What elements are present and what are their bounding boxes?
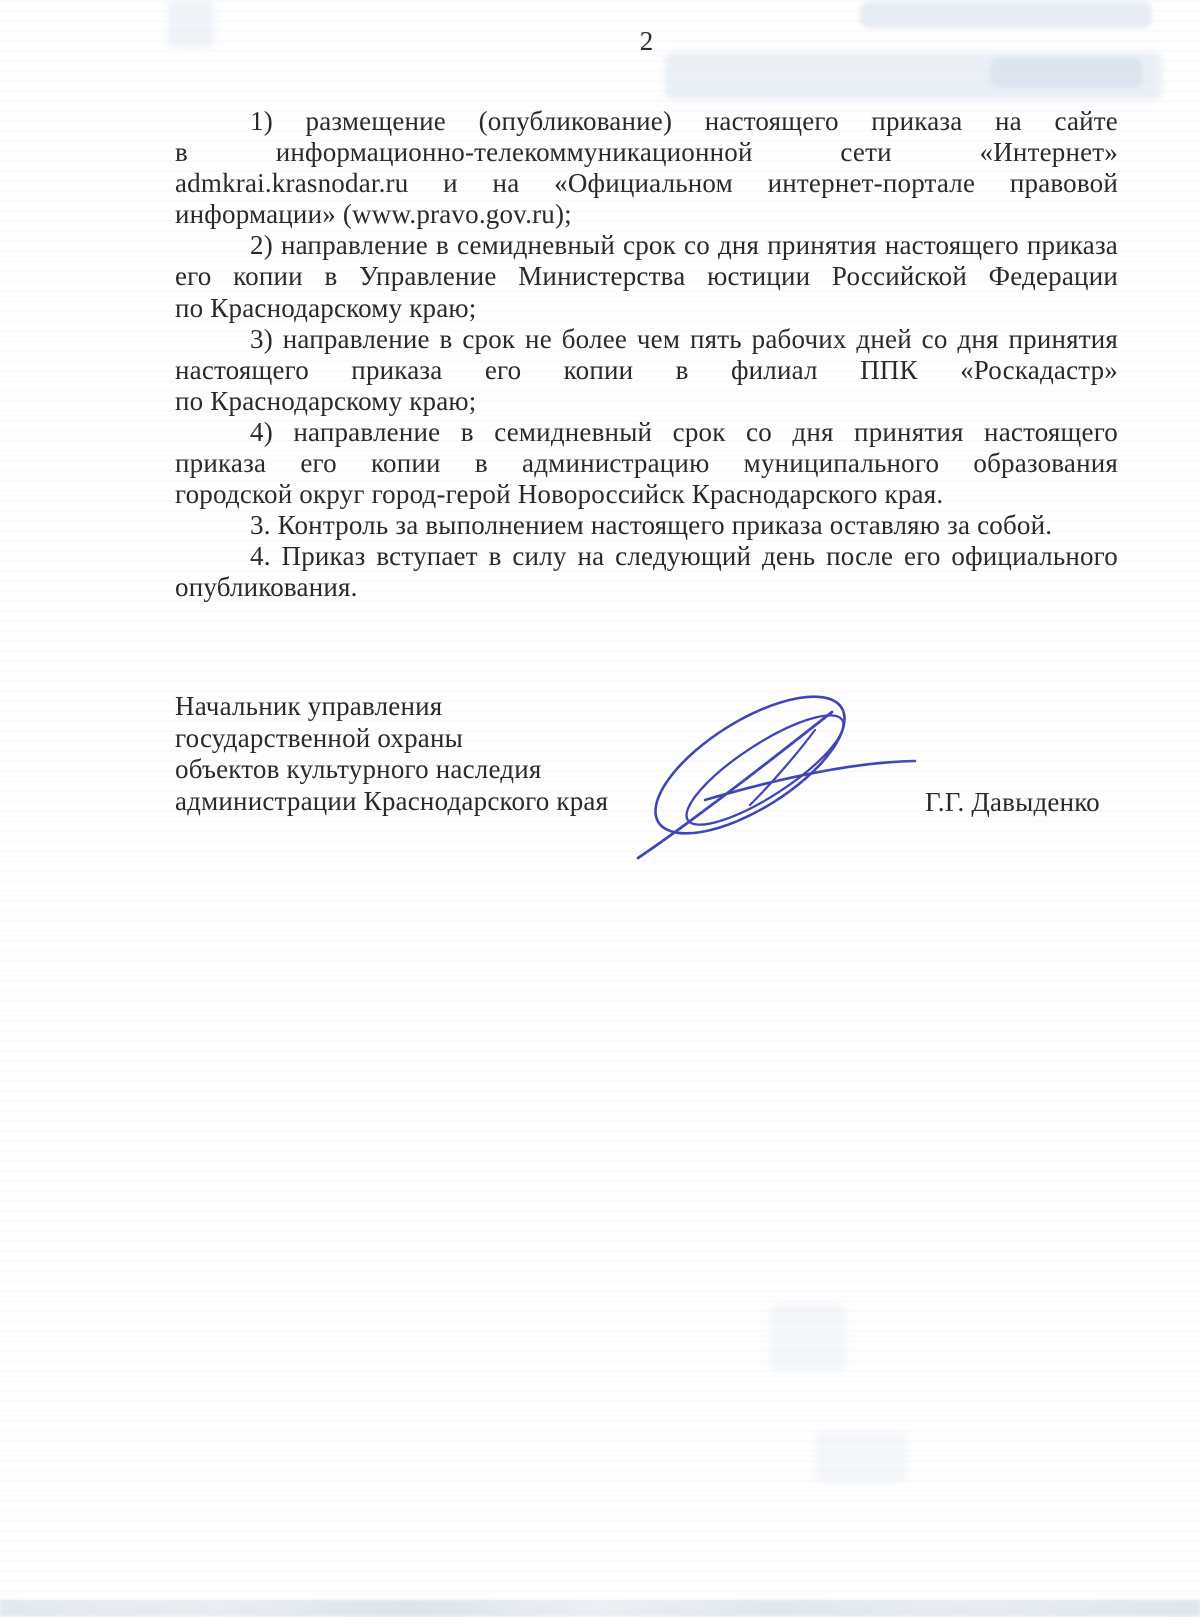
signatory-title-line: Начальник управления	[175, 691, 608, 723]
document-line: приказа его копии в администрацию муници…	[175, 448, 1118, 479]
document-line: admkrai.krasnodar.ru и на «Официальном и…	[175, 168, 1118, 199]
document-line: информации» (www.pravo.gov.ru);	[175, 199, 1118, 230]
document-line: по Краснодарскому краю;	[175, 386, 1118, 417]
scan-artifact	[990, 58, 1142, 88]
signatory-title-line: администрации Краснодарского края	[175, 786, 608, 818]
scan-artifact	[815, 1432, 907, 1482]
document-line: опубликования.	[175, 572, 1118, 603]
scan-artifact	[770, 1305, 846, 1371]
document-line: в информационно-телекоммуникационной сет…	[175, 137, 1118, 168]
document-line: 3) направление в срок не более чем пять …	[175, 324, 1118, 355]
scan-artifact	[0, 1600, 1200, 1617]
document-page: 2 1) размещение (опубликование) настояще…	[0, 0, 1200, 1617]
document-line: 2) направление в семидневный срок со дня…	[175, 230, 1118, 261]
signatory-title-block: Начальник управления государственной охр…	[175, 691, 608, 818]
document-line: городской округ город-герой Новороссийск…	[175, 479, 1118, 510]
handwritten-signature-icon	[600, 675, 940, 885]
order-text-block: 1) размещение (опубликование) настоящего…	[175, 106, 1118, 604]
document-line: 3. Контроль за выполнением настоящего пр…	[175, 510, 1118, 541]
signatory-title-line: объектов культурного наследия	[175, 754, 608, 786]
document-line: настоящего приказа его копии в филиал ПП…	[175, 355, 1118, 386]
document-line: 1) размещение (опубликование) настоящего…	[175, 106, 1118, 137]
page-number: 2	[175, 26, 1118, 57]
signatory-name: Г.Г. Давыденко	[925, 787, 1100, 818]
document-line: 4) направление в семидневный срок со дня…	[175, 417, 1118, 448]
signatory-title-line: государственной охраны	[175, 723, 608, 755]
document-line: 4. Приказ вступает в силу на следующий д…	[175, 541, 1118, 572]
scan-artifact	[860, 2, 1152, 28]
document-line: по Краснодарскому краю;	[175, 293, 1118, 324]
document-line: его копии в Управление Министерства юсти…	[175, 261, 1118, 292]
